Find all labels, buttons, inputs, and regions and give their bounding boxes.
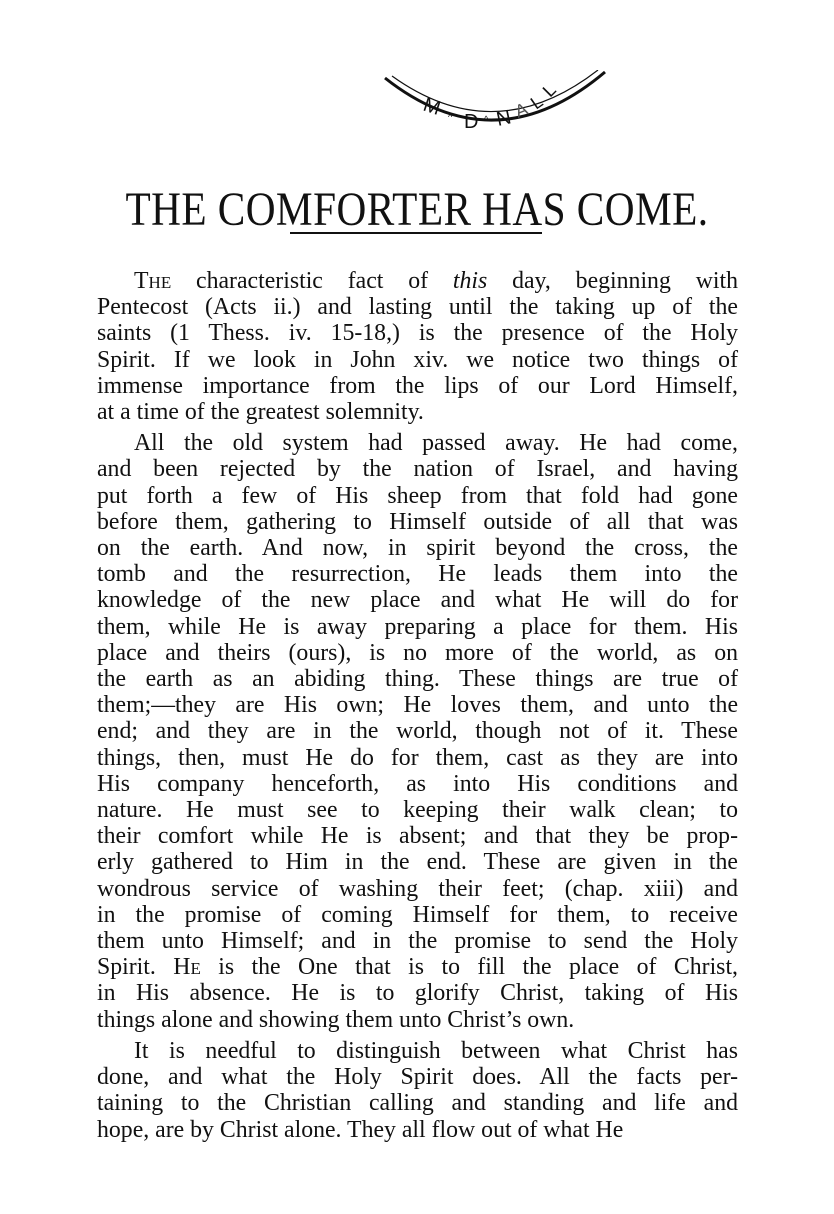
text-line: knowledge of the new place and what He w… — [97, 587, 738, 613]
svg-text:L: L — [539, 80, 560, 101]
text-line: Spirit. He is the One that is to fill th… — [97, 954, 738, 980]
text-line: Spirit. If we look in John xiv. we notic… — [97, 347, 738, 373]
paragraph: All the old system had passed away. He h… — [97, 430, 738, 1033]
title-divider — [290, 232, 542, 234]
text-line: The characteristic fact of this day, beg… — [97, 268, 738, 294]
paragraph: The characteristic fact of this day, beg… — [97, 268, 738, 425]
text-line: nature. He must see to keeping their wal… — [97, 797, 738, 823]
text-line: them, while He is away preparing a place… — [97, 614, 738, 640]
text-line: His company henceforth, as into His cond… — [97, 771, 738, 797]
text-line: done, and what the Holy Spirit does. All… — [97, 1064, 738, 1090]
text-line: on the earth. And now, in spirit beyond … — [97, 535, 738, 561]
text-line: them unto Himself; and in the promise to… — [97, 928, 738, 954]
text-line: Pentecost (Acts ii.) and lasting until t… — [97, 294, 738, 320]
text-line: wondrous service of washing their feet; … — [97, 876, 738, 902]
text-line: immense importance from the lips of our … — [97, 373, 738, 399]
text-line: at a time of the greatest solemnity. — [97, 399, 738, 425]
text-line: place and theirs (ours), is no more of t… — [97, 640, 738, 666]
text-line: It is needful to distinguish between wha… — [97, 1038, 738, 1064]
text-line: their comfort while He is absent; and th… — [97, 823, 738, 849]
paragraph: It is needful to distinguish between wha… — [97, 1038, 738, 1143]
text-line: things, then, must He do for them, cast … — [97, 745, 738, 771]
page-title: THE COMFORTER HAS COME. — [58, 182, 775, 237]
text-line: in His absence. He is to glorify Christ,… — [97, 980, 738, 1006]
text-line: and been rejected by the nation of Israe… — [97, 456, 738, 482]
svg-text:M: M — [420, 94, 443, 120]
text-line: put forth a few of His sheep from that f… — [97, 483, 738, 509]
document-body: The characteristic fact of this day, beg… — [97, 268, 738, 1143]
text-line: before them, gathering to Himself outsid… — [97, 509, 738, 535]
text-line: the earth as an abiding thing. These thi… — [97, 666, 738, 692]
text-line: erly gathered to Him in the end. These a… — [97, 849, 738, 875]
text-line: end; and they are in the world, though n… — [97, 718, 738, 744]
text-line: in the promise of coming Himself for the… — [97, 902, 738, 928]
text-line: tomb and the resurrection, He leads them… — [97, 561, 738, 587]
svg-text:D: D — [464, 111, 478, 133]
text-line: them;—they are His own; He loves them, a… — [97, 692, 738, 718]
text-line: hope, are by Christ alone. They all flow… — [97, 1117, 738, 1143]
text-line: saints (1 Thess. iv. 15-18,) is the pres… — [97, 320, 738, 346]
text-line: things alone and showing them unto Chris… — [97, 1007, 738, 1033]
text-line: All the old system had passed away. He h… — [97, 430, 738, 456]
library-stamp-icon: M ^ D ^ N A L L — [380, 70, 620, 140]
text-line: taining to the Christian calling and sta… — [97, 1090, 738, 1116]
